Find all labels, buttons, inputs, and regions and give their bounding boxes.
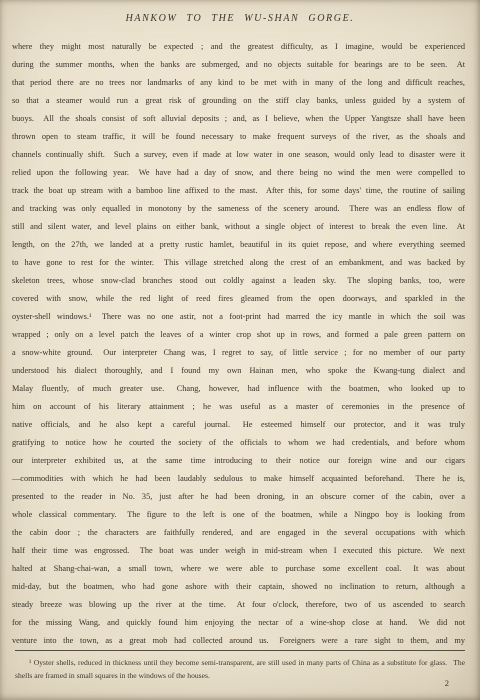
body-line: venture into the town, as a great mob ha…: [12, 632, 465, 650]
body-line: for the missing Wang, and quickly found …: [12, 614, 465, 632]
body-line: half their time was engrossed. The boat …: [12, 542, 465, 560]
footnote-line: ¹ Oyster shells, reduced in thickness un…: [15, 657, 465, 670]
body-line: where they might most naturally be expec…: [12, 38, 465, 56]
body-line: —commodities with which he had been laud…: [12, 470, 465, 488]
body-line: gratifying to notice how he courted the …: [12, 434, 465, 452]
body-line: mid-day, but the boatmen, who had gone a…: [12, 578, 465, 596]
book-page: HANKOW TO THE WU-SHAN GORGE. where they …: [0, 0, 480, 700]
body-line: wrapped ; only on a level patch the leav…: [12, 326, 465, 344]
body-line: track the boat up stream with a bamboo l…: [12, 182, 465, 200]
footnote-line: shells are framed in small squares in th…: [15, 670, 465, 683]
body-line: covered with snow, while the red light o…: [12, 290, 465, 308]
page-number: 2: [445, 678, 449, 688]
body-line: a snow-white ground. Our interpreter Cha…: [12, 344, 465, 362]
body-line: understood his dialect thoroughly, and I…: [12, 362, 465, 380]
footnote: ¹ Oyster shells, reduced in thickness un…: [15, 657, 465, 682]
body-line: the cabin door ; the characters are fait…: [12, 524, 465, 542]
body-line: that period there are no trees nor landm…: [12, 74, 465, 92]
body-line: to have gone to rest for the winter. Thi…: [12, 254, 465, 272]
body-text: where they might most naturally be expec…: [12, 38, 465, 650]
body-line: length, on the 27th, we landed at a pret…: [12, 236, 465, 254]
body-line: and tracking was only equalled in monoto…: [12, 200, 465, 218]
body-line: oyster-shell windows.¹ There was no one …: [12, 308, 465, 326]
body-line: Malay fluently, of much greater use. Cha…: [12, 380, 465, 398]
body-line: relied upon the following year. We have …: [12, 164, 465, 182]
body-line: presented to the reader in No. 35, just …: [12, 488, 465, 506]
body-line: halted at Shang-chai-wan, a small town, …: [12, 560, 465, 578]
body-line: him on account of his literary attainmen…: [12, 398, 465, 416]
body-line: thrown open to steam traffic, it will be…: [12, 128, 465, 146]
body-line: so that a steamer would run a great risk…: [12, 92, 465, 110]
running-head: HANKOW TO THE WU-SHAN GORGE.: [0, 13, 480, 24]
body-line: native officials, and he also kept a car…: [12, 416, 465, 434]
body-line: during the summer months, when the banks…: [12, 56, 465, 74]
body-line: steady breeze was blowing up the river a…: [12, 596, 465, 614]
body-line: channels continually shift. Such a surve…: [12, 146, 465, 164]
body-line: skeleton trees, whose snow-clad branches…: [12, 272, 465, 290]
body-line: still and silent water, and level plains…: [12, 218, 465, 236]
body-line: our interpreter exhibited us, at the sam…: [12, 452, 465, 470]
footnote-divider: [15, 650, 465, 651]
body-line: buoys. All the shoals consist of soft al…: [12, 110, 465, 128]
body-line: whole classical commentary. The figure t…: [12, 506, 465, 524]
